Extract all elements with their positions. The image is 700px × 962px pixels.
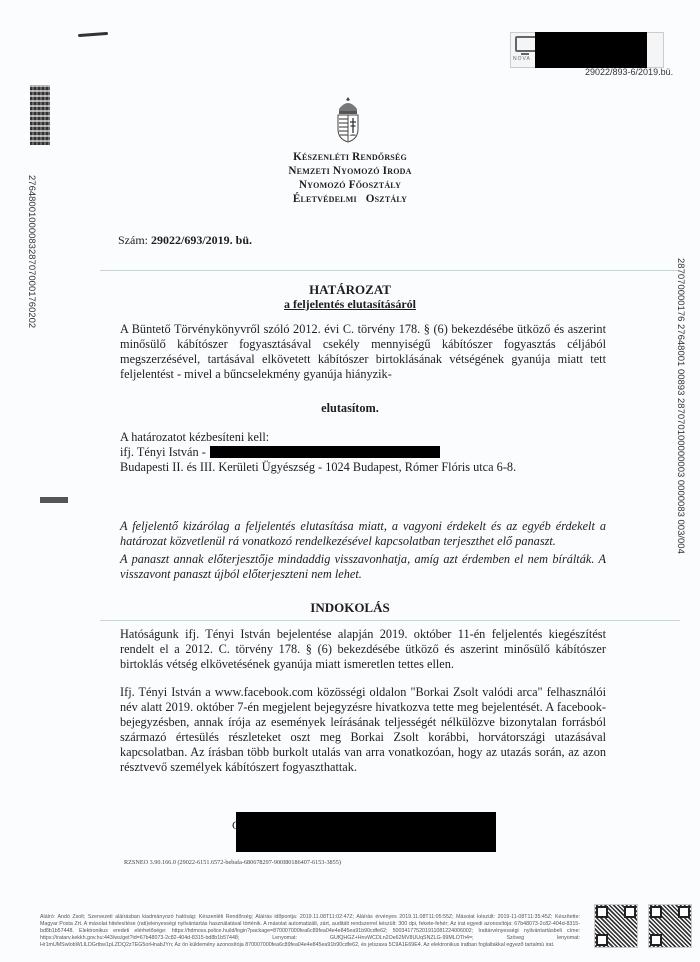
redaction-box-recipient bbox=[210, 446, 440, 458]
hungarian-coat-of-arms-icon bbox=[333, 95, 363, 145]
org-line-4: Életvédelmi Osztály bbox=[0, 192, 700, 206]
datamatrix-code-icon bbox=[30, 85, 50, 145]
notice-complaint-withdrawal: A panaszt annak előterjesztője mindaddig… bbox=[120, 552, 606, 582]
reasoning-title: INDOKOLÁS bbox=[0, 600, 700, 616]
redaction-box-stamp bbox=[535, 32, 647, 68]
qr-code-icon bbox=[648, 904, 692, 948]
decision-body: A Büntető Törvénykönyvről szóló 2012. év… bbox=[120, 322, 606, 382]
decision-subtitle: a feljelentés elutasításáról bbox=[0, 297, 700, 312]
case-number-value: 29022/693/2019. bü. bbox=[151, 233, 252, 247]
stamp-reference: 29022/893-6/2019.bü. bbox=[585, 67, 673, 77]
fold-mark bbox=[40, 497, 68, 503]
org-line-1: Készenléti Rendőrség bbox=[0, 150, 700, 164]
case-number: Szám: 29022/693/2019. bü. bbox=[118, 233, 252, 248]
system-reference: RZSNEO 3.90.166.0 (29022-6151.6572-bebaf… bbox=[124, 859, 341, 866]
reasoning-paragraph-2: Ifj. Tényi István a www.facebook.com köz… bbox=[120, 685, 606, 775]
recipient-1: ifj. Tényi István - bbox=[120, 445, 206, 460]
scan-line bbox=[100, 620, 680, 621]
org-line-3: Nyomozó Főosztály bbox=[0, 178, 700, 192]
decision-title: HATÁROZAT bbox=[0, 282, 700, 298]
reasoning-paragraph-1: Hatóságunk ifj. Tényi István bejelentése… bbox=[120, 627, 606, 672]
recipient-2: Budapesti II. és III. Kerületi Ügyészség… bbox=[120, 460, 516, 475]
pen-mark bbox=[78, 32, 108, 37]
issuing-organization: Készenléti Rendőrség Nemzeti Nyomozó Iro… bbox=[0, 150, 700, 206]
scan-line bbox=[100, 270, 680, 271]
redaction-box-signature bbox=[236, 812, 496, 852]
delivery-label: A határozatot kézbesíteni kell: bbox=[120, 430, 269, 445]
case-number-label: Szám: bbox=[118, 233, 148, 247]
decision-verdict: elutasítom. bbox=[0, 401, 700, 416]
org-line-2: Nemzeti Nyomozó Iroda bbox=[0, 164, 700, 178]
authentication-footer: Aláíró: Andó Zsolt; Szervezeti aláírásba… bbox=[40, 914, 580, 949]
notice-complaint-right: A feljelentő kizárólag a feljelentés elu… bbox=[120, 519, 606, 549]
qr-code-icon bbox=[594, 904, 638, 948]
